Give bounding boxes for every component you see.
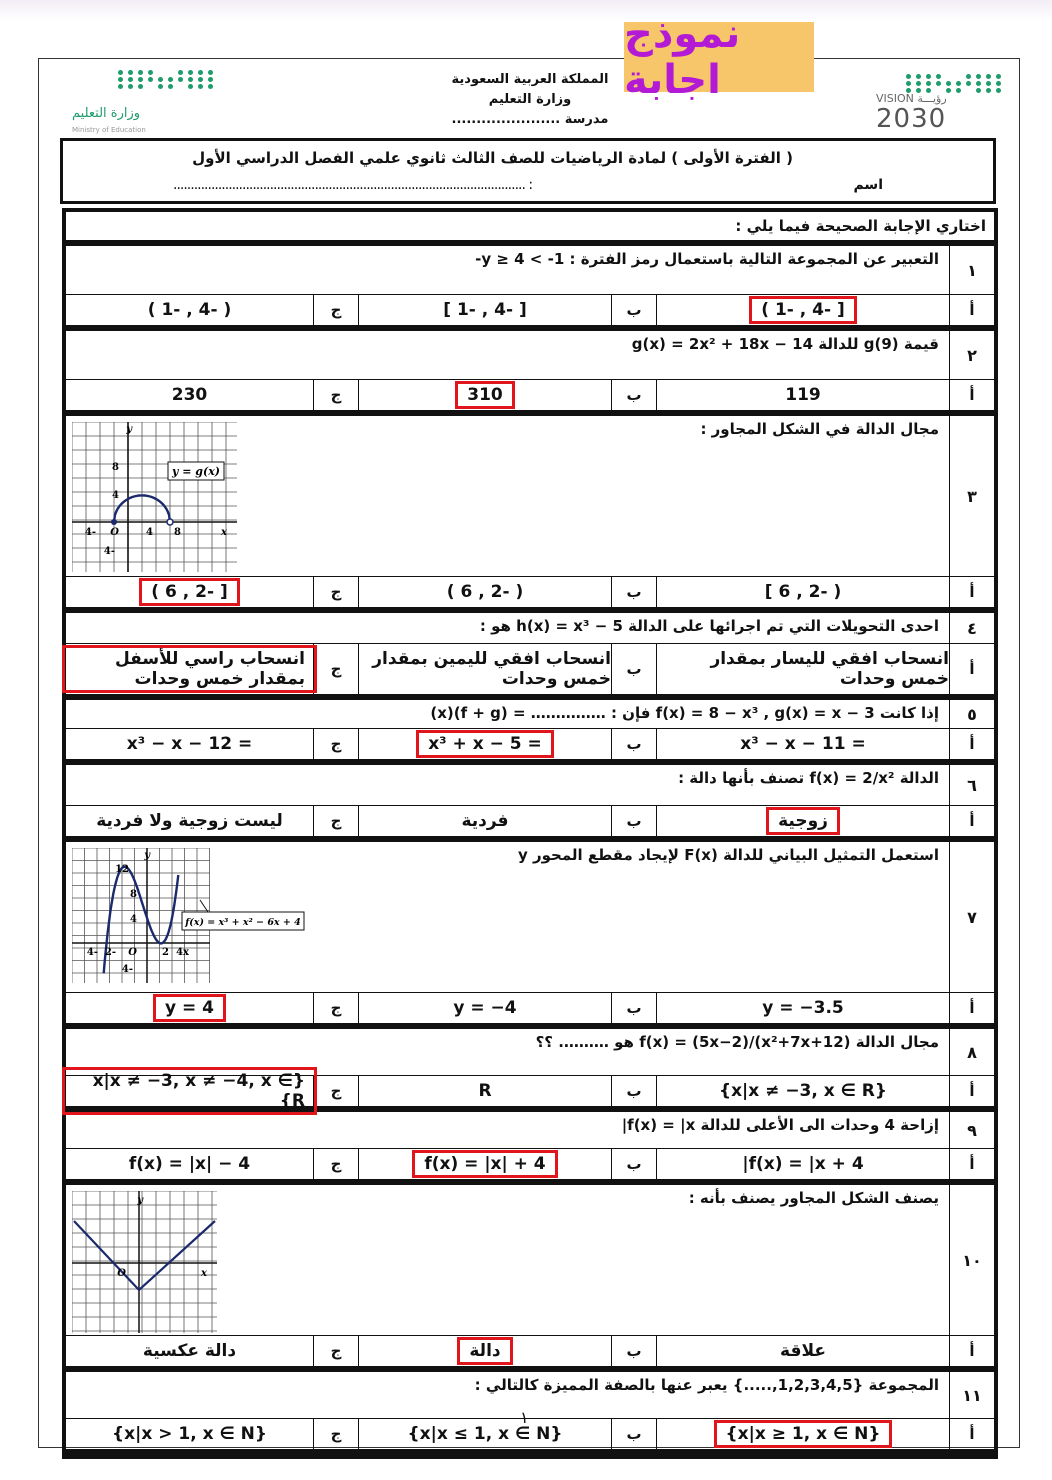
options-row: أ ( -2 , 6 ] ب ( -2 , 6 ) ج [ -2 , 6 )	[66, 577, 994, 613]
page-number: ١	[520, 1408, 529, 1427]
option-c[interactable]: = 12 − x³ − x	[66, 729, 313, 759]
option-label-a: أ	[949, 295, 994, 325]
logo-dot	[158, 84, 163, 89]
option-b[interactable]: 310	[358, 380, 611, 410]
options-row: أ علاقة ب دالة ج دالة عكسية	[66, 1336, 994, 1372]
option-b-text: {x|x ≤ 1, x ∈ N}	[408, 1424, 563, 1444]
option-c-text: [ -2 , 6 )	[143, 582, 235, 602]
option-b[interactable]: f(x) = |x| + 4	[358, 1149, 611, 1179]
question-row: ٦ الدالة f(x) = 2/x² تصنف بأنها دالة :	[66, 765, 994, 806]
kingdom-label: المملكة العربية السعودية	[440, 70, 620, 90]
question-text: إذا كانت f(x) = 8 − x³ , g(x) = x − 3 فإ…	[66, 700, 949, 728]
logo-dot	[198, 77, 203, 82]
logo-dot	[208, 70, 213, 75]
option-c-text: {x|x > 1, x ∈ N}	[112, 1424, 267, 1444]
svg-text:-4: -4	[104, 546, 115, 557]
logo-dot	[148, 70, 153, 75]
question-stem: مجال الدالة في الشكل المجاور :	[700, 420, 939, 438]
question-text: احدى التحويلات التي تم اجرائها على الدال…	[66, 613, 949, 643]
question-row: ١١ المجموعة {1,2,3,4,5,.....} يعبر عنها …	[66, 1372, 994, 1419]
option-c-text: انسحاب راسي للأسفل بمقدار خمس وحدات	[66, 649, 313, 689]
question-number: ٤	[949, 613, 994, 643]
option-c-text: f(x) = |x| − 4	[129, 1154, 250, 1174]
option-a[interactable]: {x|x ≠ −3, x ∈ R}	[656, 1076, 949, 1106]
question-number: ٢	[949, 331, 994, 379]
vision-year: 2030	[876, 104, 946, 134]
options-row: أ f(x) = |x + 4| ب f(x) = |x| + 4 ج f(x)…	[66, 1149, 994, 1185]
svg-text:O: O	[110, 527, 119, 538]
option-label-b: ب	[611, 993, 656, 1023]
option-b[interactable]: فردية	[358, 806, 611, 836]
question-stem: المجموعة {1,2,3,4,5,.....} يعبر عنها بال…	[475, 1376, 939, 1394]
vision-2030-logo: VISION رؤيـــة 2030	[876, 74, 966, 134]
option-c-text: = 12 − x³ − x	[127, 734, 252, 754]
question-text: التعبير عن المجموعة التالية باستعمال رمز…	[66, 246, 949, 294]
option-c[interactable]: دالة عكسية	[66, 1336, 313, 1366]
logo-dot	[946, 88, 951, 93]
question-stem: مجال الدالة f(x) = (5x−2)/(x²+7x+12) هو …	[536, 1033, 939, 1051]
ministry-label: وزارة التعليم	[440, 90, 620, 110]
option-a[interactable]: f(x) = |x + 4|	[656, 1149, 949, 1179]
option-c[interactable]: 230	[66, 380, 313, 410]
option-c-text: ليست زوجية ولا فردية	[96, 811, 283, 831]
options-row: أ = 11 − x³ − x ب = 5 − x³ + x ج = 12 − …	[66, 729, 994, 765]
option-label-b: ب	[611, 1076, 656, 1106]
option-label-a: أ	[949, 1149, 994, 1179]
option-b-text: R	[478, 1081, 491, 1101]
svg-text:y: y	[143, 850, 151, 861]
svg-text:x: x	[220, 527, 228, 538]
logo-dot	[956, 81, 961, 86]
svg-text:O: O	[117, 1268, 126, 1279]
option-a-text: = 11 − x³ − x	[740, 734, 865, 754]
question-stem: يصنف الشكل المجاور يصنف بأنه :	[689, 1189, 939, 1207]
option-b-text: ( -2 , 6 )	[447, 582, 523, 602]
question-text: مجال الدالة f(x) = (5x−2)/(x²+7x+12) هو …	[66, 1029, 949, 1075]
logo-dot	[996, 74, 1001, 79]
svg-text:8: 8	[130, 889, 137, 900]
student-name-field[interactable]: : ......................................…	[173, 177, 532, 193]
option-a-text: {x|x ≠ −3, x ∈ R}	[719, 1081, 887, 1101]
option-label-b: ب	[611, 729, 656, 759]
svg-text:y: y	[125, 424, 133, 435]
svg-text:2: 2	[162, 947, 169, 958]
option-a-text: علاقة	[780, 1341, 826, 1361]
question-stem: استعمل التمثيل البياني للدالة F(x) لإيجا…	[518, 846, 939, 864]
option-b-text: انسحاب افقي لليمين بمقدار خمس وحدات	[359, 649, 611, 689]
option-label-a: أ	[949, 577, 994, 607]
svg-text:8: 8	[174, 527, 181, 538]
option-label-b: ب	[611, 644, 656, 694]
option-a[interactable]: انسحاب افقي لليسار بمقدار خمس وحدات	[656, 644, 949, 694]
logo-dot	[986, 88, 991, 93]
cubic-graph: f(x) = x³ + x² − 6x + 4 y 12 8 4 -4 -4 -…	[72, 848, 307, 983]
logo-dot	[986, 81, 991, 86]
option-c[interactable]: ليست زوجية ولا فردية	[66, 806, 313, 836]
option-label-c: ج	[313, 295, 358, 325]
question-number: ٨	[949, 1029, 994, 1075]
logo-dot	[936, 74, 941, 79]
svg-text:x: x	[200, 1268, 208, 1279]
vision-dots-icon	[906, 74, 1004, 93]
options-row: أ [ -4 , -1 ) ب [ -4 , -1 ] ج ( -4 , -1 …	[66, 295, 994, 331]
logo-dot	[158, 77, 163, 82]
svg-text:12: 12	[115, 864, 129, 875]
option-c[interactable]: f(x) = |x| − 4	[66, 1149, 313, 1179]
option-a-text: ( -2 , 6 ]	[765, 582, 841, 602]
exam-title-box: ( الفترة الأولى ) لمادة الرياضيات للصف ا…	[60, 138, 996, 204]
logo-dot	[976, 81, 981, 86]
question-stem: احدى التحويلات التي تم اجرائها على الدال…	[480, 617, 939, 635]
question-number: ١١	[949, 1372, 994, 1418]
question-text: المجموعة {1,2,3,4,5,.....} يعبر عنها بال…	[66, 1372, 949, 1418]
logo-dot	[138, 70, 143, 75]
svg-text:8: 8	[112, 462, 119, 473]
header-center: المملكة العربية السعودية وزارة التعليم م…	[440, 70, 620, 130]
option-a-text: f(x) = |x + 4|	[742, 1154, 863, 1174]
option-label-c: ج	[313, 1419, 358, 1449]
svg-text:-4: -4	[85, 527, 96, 538]
option-label-a: أ	[949, 1419, 994, 1449]
option-c[interactable]: [ -2 , 6 )	[66, 577, 313, 607]
option-label-a: أ	[949, 380, 994, 410]
logo-dot	[118, 84, 123, 89]
option-label-c: ج	[313, 644, 358, 694]
option-label-a: أ	[949, 806, 994, 836]
option-label-a: أ	[949, 644, 994, 694]
option-a[interactable]: 119	[656, 380, 949, 410]
option-b-text: فردية	[461, 811, 508, 831]
logo-dot	[188, 84, 193, 89]
logo-dot	[966, 81, 971, 86]
option-label-a: أ	[949, 993, 994, 1023]
option-a-text: 119	[785, 385, 821, 405]
option-c[interactable]: ( -4 , -1 )	[66, 295, 313, 325]
logo-dot	[916, 81, 921, 86]
logo-dot	[976, 74, 981, 79]
option-a[interactable]: علاقة	[656, 1336, 949, 1366]
top-fade	[0, 0, 1052, 22]
logo-dot	[128, 77, 133, 82]
logo-dot	[128, 84, 133, 89]
logo-dot	[128, 70, 133, 75]
option-c-text: 230	[172, 385, 208, 405]
logo-dot	[118, 77, 123, 82]
option-label-c: ج	[313, 1076, 358, 1106]
question-row: ٨ مجال الدالة f(x) = (5x−2)/(x²+7x+12) ه…	[66, 1029, 994, 1076]
logo-dot	[168, 84, 173, 89]
logo-dot	[996, 81, 1001, 86]
question-text: قيمة g(9) للدالة g(x) = 2x² + 18x − 14	[66, 331, 949, 379]
logo-dot	[926, 74, 931, 79]
svg-text:-4: -4	[122, 964, 133, 975]
question-text: يصنف الشكل المجاور يصنف بأنه : y O x	[66, 1185, 949, 1335]
options-row: أ زوجية ب فردية ج ليست زوجية ولا فردية	[66, 806, 994, 842]
question-number: ١٠	[949, 1185, 994, 1335]
logo-dot	[208, 77, 213, 82]
option-b[interactable]: [ -4 , -1 ]	[358, 295, 611, 325]
question-row: ٧ استعمل التمثيل البياني للدالة F(x) لإي…	[66, 842, 994, 993]
svg-text:y = g(x): y = g(x)	[171, 465, 220, 478]
option-a-text: [ -4 , -1 )	[753, 300, 853, 320]
option-label-a: أ	[949, 729, 994, 759]
option-c[interactable]: y = 4	[66, 993, 313, 1023]
logo-dot	[138, 84, 143, 89]
question-row: ٩ إزاحة 4 وحدات الى الأعلى للدالة f(x) =…	[66, 1112, 994, 1149]
domain-graph: y = g(x) y -4 O 4 8 x 8 4 -4	[72, 422, 237, 572]
option-b[interactable]: y = −4	[358, 993, 611, 1023]
logo-dot	[906, 81, 911, 86]
question-row: ١٠ يصنف الشكل المجاور يصنف بأنه : y O x	[66, 1185, 994, 1336]
option-label-b: ب	[611, 1149, 656, 1179]
svg-text:-2: -2	[105, 947, 116, 958]
question-stem: إذا كانت f(x) = 8 − x³ , g(x) = x − 3 فإ…	[430, 704, 939, 722]
svg-text:4: 4	[130, 914, 137, 925]
option-b-text: = 5 − x³ + x	[420, 734, 550, 754]
option-a-text: y = −3.5	[762, 998, 844, 1018]
option-b-text: f(x) = |x| + 4	[416, 1154, 553, 1174]
option-c-text: ( -4 , -1 )	[148, 300, 232, 320]
svg-text:4: 4	[112, 490, 119, 501]
logo-dot	[996, 88, 1001, 93]
option-a[interactable]: {x|x ≥ 1, x ∈ N}	[656, 1419, 949, 1449]
questions-table: اختاري الإجابة الصحيحة فيما يلي : ١ التع…	[62, 208, 998, 1459]
option-a-text: {x|x ≥ 1, x ∈ N}	[718, 1424, 889, 1444]
option-label-b: ب	[611, 1419, 656, 1449]
logo-dot	[188, 77, 193, 82]
question-number: ٣	[949, 416, 994, 576]
options-row: أ 119 ب 310 ج 230	[66, 380, 994, 416]
option-label-a: أ	[949, 1336, 994, 1366]
option-label-c: ج	[313, 577, 358, 607]
logo-dot	[138, 77, 143, 82]
student-name-label: اسم	[853, 177, 883, 193]
absolute-value-graph: y O x	[72, 1191, 217, 1333]
cubic-graph-svg: f(x) = x³ + x² − 6x + 4 y 12 8 4 -4 -4 -…	[72, 848, 307, 983]
option-b[interactable]: = 5 − x³ + x	[358, 729, 611, 759]
ministry-of-education-logo: وزارة التعليم Ministry of Education	[72, 68, 222, 138]
option-a[interactable]: y = −3.5	[656, 993, 949, 1023]
option-b-text: 310	[459, 385, 511, 405]
logo-dot	[976, 88, 981, 93]
logo-dot	[188, 70, 193, 75]
option-label-c: ج	[313, 993, 358, 1023]
option-label-c: ج	[313, 1149, 358, 1179]
svg-text:4x: 4x	[176, 947, 190, 958]
question-text: إزاحة 4 وحدات الى الأعلى للدالة f(x) = |…	[66, 1112, 949, 1148]
options-row: أ y = −3.5 ب y = −4 ج y = 4	[66, 993, 994, 1029]
logo-dots-icon	[118, 70, 216, 89]
option-b-text: دالة	[461, 1341, 508, 1361]
option-c[interactable]: {x|x ≠ −3, x ≠ −4, x ∈ R}	[66, 1076, 313, 1106]
logo-dot	[946, 81, 951, 86]
logo-dot	[936, 81, 941, 86]
option-c[interactable]: {x|x > 1, x ∈ N}	[66, 1419, 313, 1449]
option-a[interactable]: زوجية	[656, 806, 949, 836]
option-label-b: ب	[611, 806, 656, 836]
logo-dot	[118, 70, 123, 75]
svg-text:f(x) = x³ + x² − 6x + 4: f(x) = x³ + x² − 6x + 4	[184, 917, 301, 928]
option-label-c: ج	[313, 380, 358, 410]
option-b[interactable]: انسحاب افقي لليمين بمقدار خمس وحدات	[358, 644, 611, 694]
option-b-text: y = −4	[453, 998, 516, 1018]
moe-logo-subtitle: Ministry of Education	[72, 126, 146, 134]
logo-dot	[916, 74, 921, 79]
question-number: ٧	[949, 842, 994, 992]
question-number: ٦	[949, 765, 994, 805]
question-row: ٥ إذا كانت f(x) = 8 − x³ , g(x) = x − 3 …	[66, 700, 994, 729]
option-c[interactable]: انسحاب راسي للأسفل بمقدار خمس وحدات	[66, 644, 313, 694]
option-label-c: ج	[313, 729, 358, 759]
question-number: ١	[949, 246, 994, 294]
option-a-text: انسحاب افقي لليسار بمقدار خمس وحدات	[657, 649, 949, 689]
question-number: ٩	[949, 1112, 994, 1148]
absolute-value-graph-svg: y O x	[72, 1191, 217, 1333]
option-label-b: ب	[611, 295, 656, 325]
question-row: ٢ قيمة g(9) للدالة g(x) = 2x² + 18x − 14	[66, 331, 994, 380]
question-stem: الدالة f(x) = 2/x² تصنف بأنها دالة :	[678, 769, 939, 787]
domain-graph-svg: y = g(x) y -4 O 4 8 x 8 4 -4	[72, 422, 237, 572]
logo-dot	[148, 77, 153, 82]
option-a[interactable]: = 11 − x³ − x	[656, 729, 949, 759]
logo-dot	[178, 70, 183, 75]
question-stem: قيمة g(9) للدالة g(x) = 2x² + 18x − 14	[632, 335, 939, 353]
exam-title: ( الفترة الأولى ) لمادة الرياضيات للصف ا…	[192, 149, 793, 167]
option-a[interactable]: ( -2 , 6 ]	[656, 577, 949, 607]
logo-dot	[168, 77, 173, 82]
option-c-text: y = 4	[157, 998, 222, 1018]
option-label-a: أ	[949, 1076, 994, 1106]
question-row: ٤ احدى التحويلات التي تم اجرائها على الد…	[66, 613, 994, 644]
options-row: أ انسحاب افقي لليسار بمقدار خمس وحدات ب …	[66, 644, 994, 700]
svg-text:-4: -4	[87, 947, 98, 958]
school-field[interactable]: مدرسة ......................	[440, 110, 620, 130]
option-label-b: ب	[611, 1336, 656, 1366]
svg-text:O: O	[128, 947, 137, 958]
question-number: ٥	[949, 700, 994, 728]
options-row: أ {x|x ≠ −3, x ∈ R} ب R ج {x|x ≠ −3, x ≠…	[66, 1076, 994, 1112]
option-b[interactable]: دالة	[358, 1336, 611, 1366]
svg-text:y: y	[136, 1195, 144, 1206]
logo-dot	[926, 81, 931, 86]
question-text: مجال الدالة في الشكل المجاور : y = g(x) …	[66, 416, 949, 576]
option-label-c: ج	[313, 1336, 358, 1366]
answer-key-badge: نموذج اجابة	[624, 22, 814, 92]
question-stem: التعبير عن المجموعة التالية باستعمال رمز…	[475, 250, 939, 268]
option-label-b: ب	[611, 380, 656, 410]
instructions: اختاري الإجابة الصحيحة فيما يلي :	[66, 212, 994, 246]
logo-dot	[208, 84, 213, 89]
question-text: الدالة f(x) = 2/x² تصنف بأنها دالة :	[66, 765, 949, 805]
moe-logo-text: وزارة التعليم	[72, 106, 168, 121]
option-b-text: [ -4 , -1 ]	[443, 300, 527, 320]
option-label-b: ب	[611, 577, 656, 607]
logo-dot	[198, 84, 203, 89]
option-a-text: زوجية	[770, 811, 836, 831]
logo-dot	[986, 74, 991, 79]
question-row: ٣ مجال الدالة في الشكل المجاور : y = g(x…	[66, 416, 994, 577]
logo-dot	[956, 88, 961, 93]
option-b[interactable]: {x|x ≤ 1, x ∈ N}	[358, 1419, 611, 1449]
logo-dot	[966, 74, 971, 79]
logo-dot	[906, 74, 911, 79]
option-label-c: ج	[313, 806, 358, 836]
question-stem: إزاحة 4 وحدات الى الأعلى للدالة f(x) = |…	[622, 1116, 939, 1134]
logo-dot	[198, 70, 203, 75]
question-row: ١ التعبير عن المجموعة التالية باستعمال ر…	[66, 246, 994, 295]
question-text: استعمل التمثيل البياني للدالة F(x) لإيجا…	[66, 842, 949, 992]
option-a[interactable]: [ -4 , -1 )	[656, 295, 949, 325]
logo-dot	[178, 77, 183, 82]
svg-text:4: 4	[146, 527, 153, 538]
options-row: أ {x|x ≥ 1, x ∈ N} ب {x|x ≤ 1, x ∈ N} ج …	[66, 1419, 994, 1455]
option-c-text: {x|x ≠ −3, x ≠ −4, x ∈ R}	[66, 1071, 313, 1111]
option-c-text: دالة عكسية	[143, 1341, 236, 1361]
option-b[interactable]: R	[358, 1076, 611, 1106]
option-b[interactable]: ( -2 , 6 )	[358, 577, 611, 607]
